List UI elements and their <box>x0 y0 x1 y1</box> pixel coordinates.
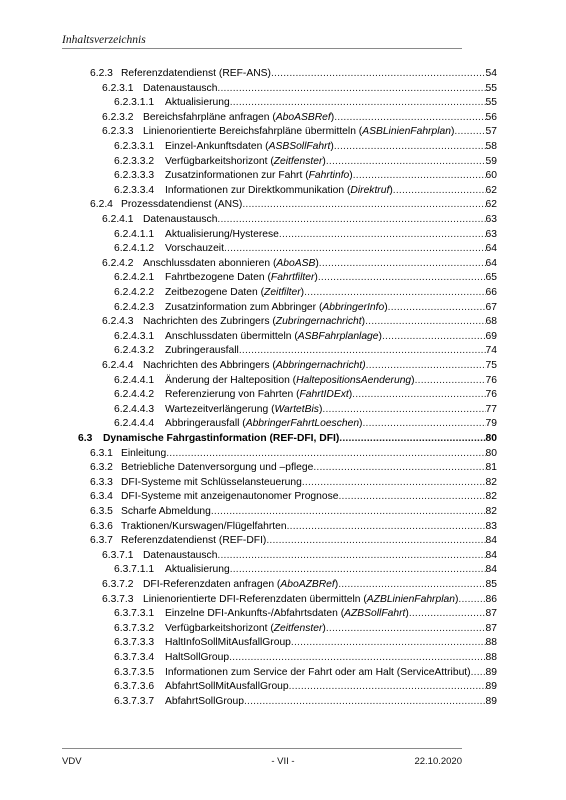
toc-entry[interactable]: 6.2.4.2.1Fahrtbezogene Daten (Fahrtfilte… <box>0 271 566 285</box>
toc-dot-leader <box>415 374 486 388</box>
toc-entry[interactable]: 6.3.1Einleitung80 <box>0 447 566 461</box>
toc-entry-page: 89 <box>486 666 497 680</box>
toc-entry-page: 88 <box>486 651 497 665</box>
toc-entry-page: 89 <box>486 680 497 694</box>
toc-entry-title: Aktualisierung <box>165 96 230 110</box>
header-title: Inhaltsverzeichnis <box>62 34 146 46</box>
toc-entry-title: DFI-Referenzdaten anfragen (AboAZBRef) <box>143 578 338 592</box>
toc-entry[interactable]: 6.2.4.2.3Zusatzinformation zum Abbringer… <box>0 301 566 315</box>
toc-dot-leader <box>362 417 485 431</box>
toc-dot-leader <box>244 695 486 709</box>
toc-entry-page: 62 <box>486 184 497 198</box>
toc-entry[interactable]: 6.3.7.3.4HaltSollGroup88 <box>0 651 566 665</box>
toc-dot-leader <box>318 271 486 285</box>
toc-entry-page: 88 <box>486 636 497 650</box>
toc-entry-number: 6.3.5 <box>90 505 113 519</box>
toc-entry-number: 6.2.4.1.2 <box>114 242 154 256</box>
toc-entry[interactable]: 6.2.3.1.1Aktualisierung55 <box>0 96 566 110</box>
toc-entry-number: 6.3.7.3.5 <box>114 666 154 680</box>
toc-entry-page: 87 <box>486 607 497 621</box>
toc-entry-page: 63 <box>486 228 497 242</box>
toc-dot-leader <box>338 578 485 592</box>
toc-entry[interactable]: 6.2.4.4Nachrichten des Abbringers (Abbri… <box>0 359 566 373</box>
toc-dot-leader <box>271 67 486 81</box>
toc-entry[interactable]: 6.2.3.3.1Einzel-Ankunftsdaten (ASBSollFa… <box>0 140 566 154</box>
toc-entry-number: 6.2.4.2.2 <box>114 286 154 300</box>
toc-entry-title: Zusatzinformationen zur Fahrt (Fahrtinfo… <box>165 169 353 183</box>
toc-entry[interactable]: 6.3.7.2DFI-Referenzdaten anfragen (AboAZ… <box>0 578 566 592</box>
toc-entry-page: 80 <box>486 447 497 461</box>
toc-dot-leader <box>339 432 485 446</box>
toc-entry-page: 84 <box>486 534 497 548</box>
toc-entry-title: Nachrichten des Zubringers (Zubringernac… <box>143 315 365 329</box>
toc-entry-number: 6.2.3.3 <box>102 125 134 139</box>
toc-entry-title: Aktualisierung <box>165 563 230 577</box>
toc-entry-title: AbfahrtSollGroup <box>165 695 244 709</box>
toc-dot-leader <box>287 520 486 534</box>
toc-entry-page: 84 <box>486 549 497 563</box>
toc-entry-page: 54 <box>486 67 497 81</box>
toc-entry[interactable]: 6.2.4.2.2Zeitbezogene Daten (Zeitfilter)… <box>0 286 566 300</box>
toc-dot-leader <box>279 228 486 242</box>
toc-entry-title: Prozessdatendienst (ANS) <box>121 198 242 212</box>
toc-entry-page: 67 <box>486 301 497 315</box>
toc-entry-title: Abbringerausfall (AbbringerFahrtLoeschen… <box>165 417 362 431</box>
toc-entry-number: 6.3.7.3 <box>102 593 134 607</box>
toc-entry-title: Einzelne DFI-Ankunfts-/Abfahrtsdaten (AZ… <box>165 607 409 621</box>
toc-entry-title: Anschlussdaten übermitteln (ASBFahrplanl… <box>165 330 382 344</box>
toc-entry-number: 6.2.3.3.4 <box>114 184 154 198</box>
toc-dot-leader <box>353 169 486 183</box>
toc-dot-leader <box>224 242 486 256</box>
toc-entry[interactable]: 6.3.6Traktionen/Kurswagen/Flügelfahrten8… <box>0 520 566 534</box>
toc-entry-page: 83 <box>486 520 497 534</box>
toc-entry-page: 63 <box>486 213 497 227</box>
toc-dot-leader <box>366 359 486 373</box>
toc-entry-page: 77 <box>486 403 497 417</box>
toc-dot-leader <box>302 476 486 490</box>
toc-entry[interactable]: 6.3.7.1Datenaustausch84 <box>0 549 566 563</box>
toc-entry[interactable]: 6.2.3.1Datenaustausch55 <box>0 82 566 96</box>
footer-page-number: - VII - <box>0 756 566 767</box>
toc-entry-page: 76 <box>486 374 497 388</box>
toc-dot-leader <box>291 636 486 650</box>
header-divider <box>62 48 462 49</box>
toc-entry-page: 84 <box>486 563 497 577</box>
toc-entry-title: Vorschauzeit <box>165 242 224 256</box>
toc-entry-page: 55 <box>486 96 497 110</box>
toc-entry[interactable]: 6.2.4.4.3Wartezeitverlängerung (WartetBi… <box>0 403 566 417</box>
toc-entry-title: Zubringerausfall <box>165 344 239 358</box>
toc-entry-title: Zusatzinformation zum Abbringer (Abbring… <box>165 301 388 315</box>
toc-entry-title: Anschlussdaten abonnieren (AboASB) <box>143 257 319 271</box>
toc-entry-title: Dynamische Fahrgastinformation (REF-DFI,… <box>103 432 339 446</box>
toc-dot-leader <box>266 534 485 548</box>
toc-entry-number: 6.2.4.4 <box>102 359 134 373</box>
toc-entry[interactable]: 6.2.4.3.1Anschlussdaten übermitteln (ASB… <box>0 330 566 344</box>
footer-divider <box>62 748 462 749</box>
toc-entry-page: 80 <box>486 432 497 446</box>
toc-entry-number: 6.3.7.3.4 <box>114 651 154 665</box>
toc-dot-leader <box>217 549 485 563</box>
toc-entry-number: 6.2.3.1 <box>102 82 134 96</box>
toc-entry-title: Scharfe Abmeldung <box>121 505 211 519</box>
toc-entry[interactable]: 6.2.4.1.1Aktualisierung/Hysterese63 <box>0 228 566 242</box>
toc-entry-number: 6.2.3.3.2 <box>114 155 154 169</box>
toc-entry[interactable]: 6.2.4.1.2Vorschauzeit64 <box>0 242 566 256</box>
footer-date: 22.10.2020 <box>414 756 462 767</box>
toc-entry-number: 6.3.7.1 <box>102 549 134 563</box>
toc-entry[interactable]: 6.2.4Prozessdatendienst (ANS)62 <box>0 198 566 212</box>
toc-entry[interactable]: 6.3.4DFI-Systeme mit anzeigenautonomer P… <box>0 490 566 504</box>
toc-entry-title: Datenaustausch <box>143 549 217 563</box>
toc-entry-number: 6.2.4.2.1 <box>114 271 154 285</box>
toc-entry-number: 6.2.4.2.3 <box>114 301 154 315</box>
toc-entry[interactable]: 6.3.7.3.5Informationen zum Service der F… <box>0 666 566 680</box>
toc-entry[interactable]: 6.3.7.3Linienorientierte DFI-Referenzdat… <box>0 593 566 607</box>
toc-entry-page: 58 <box>486 140 497 154</box>
toc-entry[interactable]: 6.3.7.3.7AbfahrtSollGroup89 <box>0 695 566 709</box>
toc-dot-leader <box>334 111 485 125</box>
toc-entry-number: 6.2.4.4.1 <box>114 374 154 388</box>
toc-dot-leader <box>388 301 486 315</box>
toc-entry-number: 6.2.3.3.1 <box>114 140 154 154</box>
toc-entry[interactable]: 6.2.3.3.2Verfügbarkeitshorizont (Zeitfen… <box>0 155 566 169</box>
toc-entry[interactable]: 6.3Dynamische Fahrgastinformation (REF-D… <box>0 432 566 446</box>
toc-entry-title: AbfahrtSollMitAusfallGroup <box>165 680 289 694</box>
toc-entry-number: 6.2.3.2 <box>102 111 134 125</box>
toc-entry-page: 74 <box>486 344 497 358</box>
toc-dot-leader <box>365 315 485 329</box>
toc-entry-number: 6.2.4.3 <box>102 315 134 329</box>
toc-entry-number: 6.3 <box>78 432 92 446</box>
toc-dot-leader <box>230 563 486 577</box>
toc-dot-leader <box>471 666 486 680</box>
toc-entry-title: Linienorientierte DFI-Referenzdaten über… <box>143 593 458 607</box>
toc-entry-number: 6.2.4.4.4 <box>114 417 154 431</box>
toc-entry-title: Informationen zur Direktkommunikation (D… <box>165 184 393 198</box>
toc-entry-number: 6.2.4.3.2 <box>114 344 154 358</box>
toc-entry-page: 82 <box>486 505 497 519</box>
toc-entry[interactable]: 6.2.4.1Datenaustausch63 <box>0 213 566 227</box>
toc-dot-leader <box>326 155 486 169</box>
toc-entry-title: DFI-Systeme mit Schlüsselansteuerung <box>121 476 302 490</box>
toc-entry-number: 6.3.7.2 <box>102 578 134 592</box>
toc-entry-number: 6.3.7.3.3 <box>114 636 154 650</box>
toc-entry-page: 87 <box>486 622 497 636</box>
toc-entry-number: 6.3.7.3.1 <box>114 607 154 621</box>
toc-dot-leader <box>454 125 485 139</box>
toc-entry-page: 56 <box>486 111 497 125</box>
toc-entry-number: 6.2.4.4.3 <box>114 403 154 417</box>
toc-entry[interactable]: 6.3.5Scharfe Abmeldung82 <box>0 505 566 519</box>
toc-dot-leader <box>322 403 485 417</box>
toc-dot-leader <box>289 680 486 694</box>
toc-entry-page: 76 <box>486 388 497 402</box>
toc-entry[interactable]: 6.2.3.3Linienorientierte Bereichsfahrplä… <box>0 125 566 139</box>
toc-entry-page: 62 <box>486 198 497 212</box>
toc-entry-page: 82 <box>486 490 497 504</box>
toc-dot-leader <box>211 505 486 519</box>
toc-entry-page: 68 <box>486 315 497 329</box>
toc-entry[interactable]: 6.2.3.3.4Informationen zur Direktkommuni… <box>0 184 566 198</box>
toc-entry-number: 6.3.6 <box>90 520 113 534</box>
toc-entry-page: 57 <box>486 125 497 139</box>
toc-entry[interactable]: 6.3.3DFI-Systeme mit Schlüsselansteuerun… <box>0 476 566 490</box>
toc-entry[interactable]: 6.3.7.3.6AbfahrtSollMitAusfallGroup89 <box>0 680 566 694</box>
toc-entry[interactable]: 6.2.3.2Bereichsfahrpläne anfragen (AboAS… <box>0 111 566 125</box>
toc-dot-leader <box>166 447 485 461</box>
toc-entry-number: 6.3.7.3.7 <box>114 695 154 709</box>
toc-entry-page: 79 <box>486 417 497 431</box>
toc-entry-number: 6.2.4.3.1 <box>114 330 154 344</box>
toc-entry-number: 6.3.4 <box>90 490 113 504</box>
toc-entry-title: Aktualisierung/Hysterese <box>165 228 279 242</box>
toc-entry[interactable]: 6.2.4.4.1Änderung der Halteposition (Hal… <box>0 374 566 388</box>
toc-dot-leader <box>338 490 485 504</box>
toc-entry-page: 85 <box>486 578 497 592</box>
toc-entry-title: Referenzierung von Fahrten (FahrtIDExt) <box>165 388 352 402</box>
toc-entry-number: 6.3.7.1.1 <box>114 563 154 577</box>
toc-entry-title: Fahrtbezogene Daten (Fahrtfilter) <box>165 271 318 285</box>
toc-entry-number: 6.2.4.1 <box>102 213 134 227</box>
toc-dot-leader <box>382 330 486 344</box>
toc-entry-title: Informationen zum Service der Fahrt oder… <box>165 666 471 680</box>
toc-entry-number: 6.2.3.1.1 <box>114 96 154 110</box>
toc-entry-title: Datenaustausch <box>143 213 217 227</box>
toc-dot-leader <box>304 286 485 300</box>
toc-dot-leader <box>239 344 486 358</box>
toc-entry[interactable]: 6.2.4.4.2Referenzierung von Fahrten (Fah… <box>0 388 566 402</box>
toc-entry[interactable]: 6.2.4.3Nachrichten des Zubringers (Zubri… <box>0 315 566 329</box>
toc-entry-title: Datenaustausch <box>143 82 217 96</box>
toc-entry-number: 6.2.4.4.2 <box>114 388 154 402</box>
toc-dot-leader <box>313 461 485 475</box>
toc-entry[interactable]: 6.3.7.3.3HaltInfoSollMitAusfallGroup88 <box>0 636 566 650</box>
toc-entry[interactable]: 6.3.7Referenzdatendienst (REF-DFI)84 <box>0 534 566 548</box>
toc-entry[interactable]: 6.2.4.3.2Zubringerausfall74 <box>0 344 566 358</box>
toc-entry-title: Einzel-Ankunftsdaten (ASBSollFahrt) <box>165 140 334 154</box>
toc-dot-leader <box>326 622 486 636</box>
toc-entry-number: 6.2.4.2 <box>102 257 134 271</box>
toc-entry-number: 6.2.4.1.1 <box>114 228 154 242</box>
toc-entry[interactable]: 6.3.7.3.1Einzelne DFI-Ankunfts-/Abfahrts… <box>0 607 566 621</box>
toc-entry-page: 82 <box>486 476 497 490</box>
toc-dot-leader <box>334 140 486 154</box>
toc-entry[interactable]: 6.2.3Referenzdatendienst (REF-ANS)54 <box>0 67 566 81</box>
toc-dot-leader <box>409 607 486 621</box>
toc-entry-title: HaltSollGroup <box>165 651 229 665</box>
toc-entry[interactable]: 6.3.2Betriebliche Datenversorgung und –p… <box>0 461 566 475</box>
toc-entry-number: 6.2.3 <box>90 67 113 81</box>
toc-entry-page: 64 <box>486 257 497 271</box>
toc-entry-title: HaltInfoSollMitAusfallGroup <box>165 636 291 650</box>
toc-entry-title: Einleitung <box>121 447 166 461</box>
toc-entry-number: 6.2.3.3.3 <box>114 169 154 183</box>
toc-entry-title: Traktionen/Kurswagen/Flügelfahrten <box>121 520 287 534</box>
toc-entry-page: 64 <box>486 242 497 256</box>
toc-entry-title: Bereichsfahrpläne anfragen (AboASBRef) <box>143 111 334 125</box>
toc-entry-page: 59 <box>486 155 497 169</box>
toc-entry-number: 6.3.7 <box>90 534 113 548</box>
toc-entry-page: 60 <box>486 169 497 183</box>
toc-entry-page: 86 <box>486 593 497 607</box>
toc-entry-title: Zeitbezogene Daten (Zeitfilter) <box>165 286 304 300</box>
toc-dot-leader <box>393 184 486 198</box>
toc-dot-leader <box>242 198 485 212</box>
toc-dot-leader <box>217 82 485 96</box>
toc-entry-page: 66 <box>486 286 497 300</box>
toc-entry-page: 69 <box>486 330 497 344</box>
toc-entry-number: 6.3.3 <box>90 476 113 490</box>
toc-dot-leader <box>458 593 485 607</box>
toc-entry-number: 6.3.7.3.2 <box>114 622 154 636</box>
toc-entry-title: Referenzdatendienst (REF-DFI) <box>121 534 266 548</box>
toc-entry[interactable]: 6.3.7.3.2Verfügbarkeitshorizont (Zeitfen… <box>0 622 566 636</box>
toc-entry-title: Änderung der Halteposition (Haltepositio… <box>165 374 415 388</box>
toc-entry-title: Betriebliche Datenversorgung und –pflege <box>121 461 313 475</box>
toc-entry-title: Verfügbarkeitshorizont (Zeitfenster) <box>165 155 326 169</box>
toc-entry[interactable]: 6.3.7.1.1Aktualisierung84 <box>0 563 566 577</box>
toc-entry[interactable]: 6.2.3.3.3Zusatzinformationen zur Fahrt (… <box>0 169 566 183</box>
toc-entry-page: 55 <box>486 82 497 96</box>
toc-entry-title: DFI-Systeme mit anzeigenautonomer Progno… <box>121 490 338 504</box>
toc-entry-page: 81 <box>486 461 497 475</box>
toc-entry-number: 6.3.1 <box>90 447 113 461</box>
toc-entry-page: 65 <box>486 271 497 285</box>
toc-entry[interactable]: 6.2.4.2Anschlussdaten abonnieren (AboASB… <box>0 257 566 271</box>
toc-entry-title: Wartezeitverlängerung (WartetBis) <box>165 403 322 417</box>
toc-dot-leader <box>217 213 485 227</box>
toc-dot-leader <box>229 651 485 665</box>
toc-entry-title: Linienorientierte Bereichsfahrpläne über… <box>143 125 454 139</box>
toc-entry[interactable]: 6.2.4.4.4Abbringerausfall (AbbringerFahr… <box>0 417 566 431</box>
toc-dot-leader <box>352 388 485 402</box>
toc-entry-title: Verfügbarkeitshorizont (Zeitfenster) <box>165 622 326 636</box>
toc-entry-page: 89 <box>486 695 497 709</box>
toc-entry-number: 6.3.2 <box>90 461 113 475</box>
toc-dot-leader <box>230 96 486 110</box>
toc-entry-number: 6.3.7.3.6 <box>114 680 154 694</box>
toc-entry-page: 75 <box>486 359 497 373</box>
toc-entry-title: Nachrichten des Abbringers (Abbringernac… <box>143 359 366 373</box>
toc-entry-title: Referenzdatendienst (REF-ANS) <box>121 67 271 81</box>
toc-dot-leader <box>319 257 486 271</box>
toc-entry-number: 6.2.4 <box>90 198 113 212</box>
